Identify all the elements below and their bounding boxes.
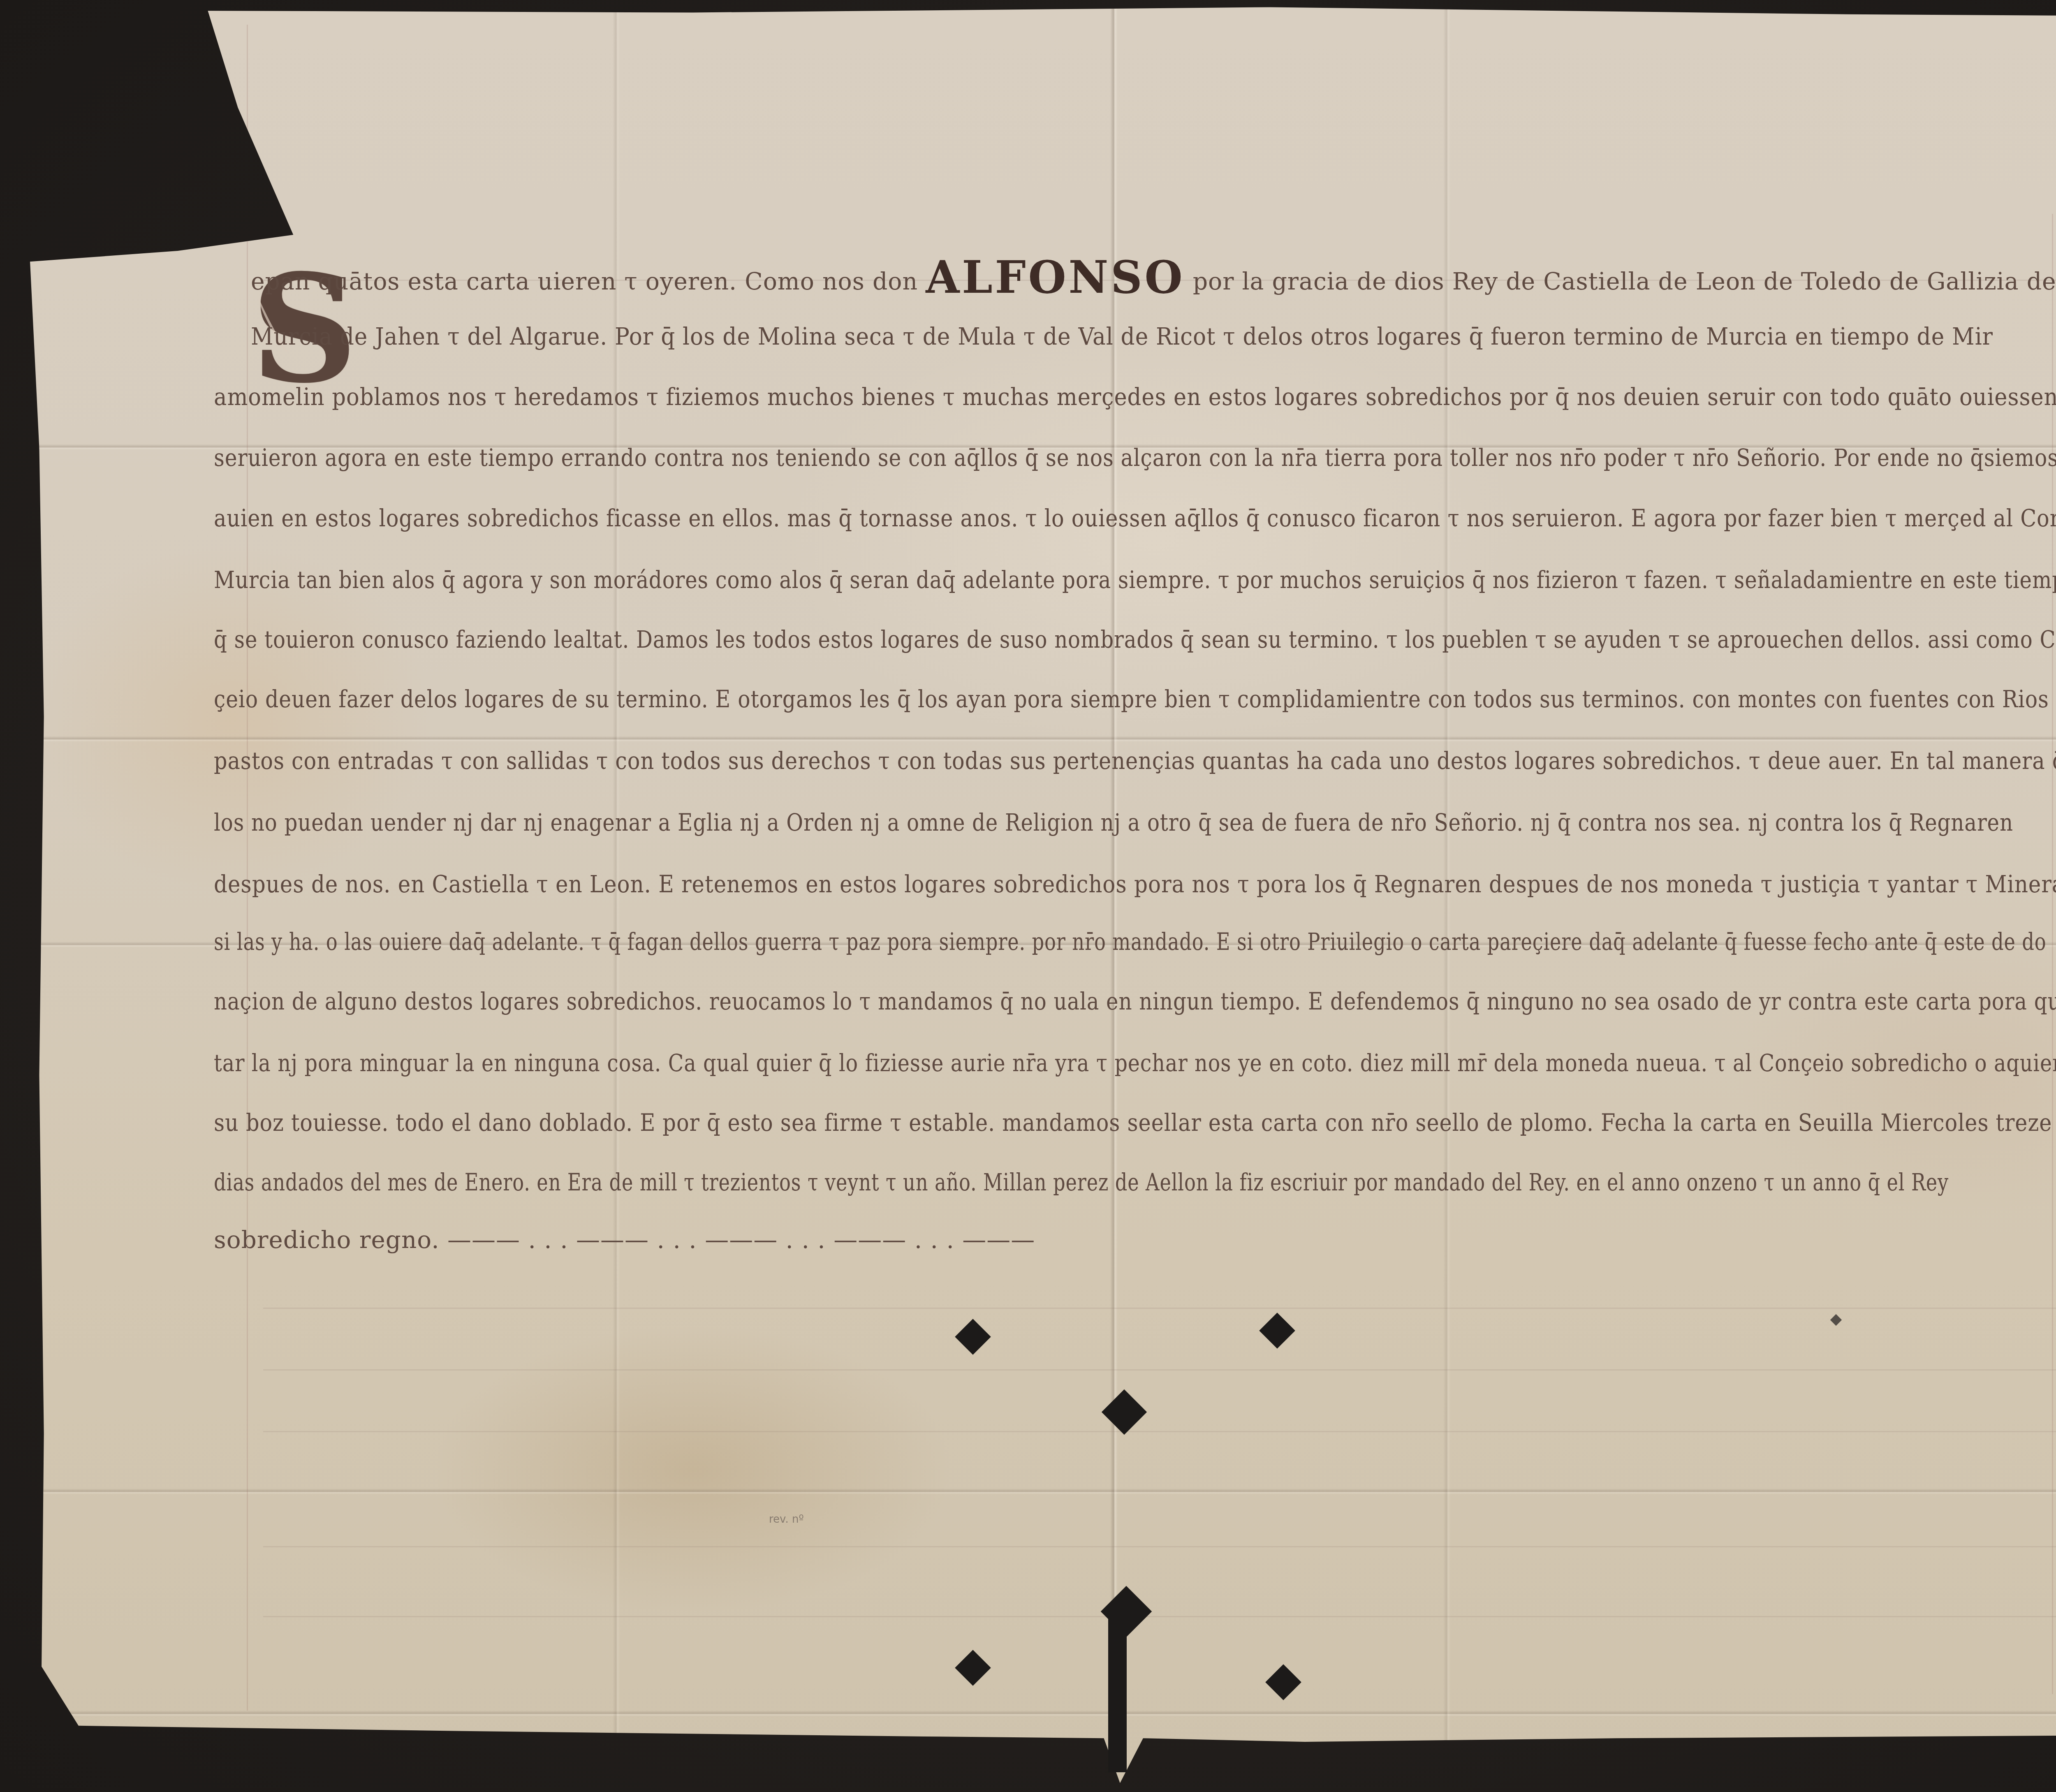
text-line-4: seruieron agora en este tiempo errando c… bbox=[214, 441, 2056, 474]
ruling-line bbox=[263, 1616, 2056, 1617]
text-fragment: por la gracia de dios Rey de Castiella d… bbox=[1185, 267, 2056, 295]
text-line-6: Murcia tan bien alos q̄ agora y son morá… bbox=[214, 563, 2056, 596]
ruling-line bbox=[263, 1546, 2056, 1547]
text-line-16: dias andados del mes de Enero. en Era de… bbox=[214, 1166, 1949, 1199]
text-line-7: q̄ se touieron conusco faziendo lealtat.… bbox=[214, 623, 2056, 656]
fold-crease bbox=[0, 1489, 2056, 1494]
royal-name: ALFONSO bbox=[926, 252, 1185, 303]
text-line-2: Murcia de Jahen τ del Algarue. Por q̄ lo… bbox=[251, 320, 1993, 353]
text-line-17: sobredicho regno. ——— . . . ——— . . . ——… bbox=[214, 1223, 1035, 1256]
text-line-10: los no puedan uender nj dar nj enagenar … bbox=[214, 806, 2013, 839]
text-line-14: tar la nj pora minguar la en ninguna cos… bbox=[214, 1046, 2056, 1079]
ruling-line bbox=[263, 1369, 2056, 1371]
text-line-8: çeio deuen fazer delos logares de su ter… bbox=[214, 683, 2056, 715]
text-line-15: su boz touiesse. todo el dano doblado. E… bbox=[214, 1106, 2052, 1139]
archive-note: rev. nº bbox=[769, 1513, 804, 1526]
margin-ruling bbox=[2052, 214, 2053, 1694]
document-photo: S epan quātos esta carta uieren τ oyeren… bbox=[0, 0, 2056, 1792]
ruling-line bbox=[263, 1431, 2056, 1432]
fold-crease bbox=[0, 736, 2056, 742]
text-line-12: si las y ha. o las ouiere daq̄ adelante.… bbox=[214, 925, 2047, 958]
text-fragment: epan quātos esta carta uieren τ oyeren. … bbox=[251, 267, 926, 295]
text-line-3: amomelin poblamos nos τ heredamos τ fizi… bbox=[214, 380, 2056, 413]
text-line-9: pastos con entradas τ con sallidas τ con… bbox=[214, 744, 2056, 777]
parchment-tear bbox=[1108, 1616, 1127, 1772]
ruling-line bbox=[263, 1308, 2056, 1309]
text-line-1: epan quātos esta carta uieren τ oyeren. … bbox=[251, 261, 2056, 298]
fold-crease bbox=[0, 1711, 2056, 1716]
text-line-11: despues de nos. en Castiella τ en Leon. … bbox=[214, 868, 2056, 901]
text-line-13: naçion de alguno destos logares sobredic… bbox=[214, 985, 2056, 1018]
text-line-5: auien en estos logares sobredichos ficas… bbox=[214, 502, 2056, 535]
